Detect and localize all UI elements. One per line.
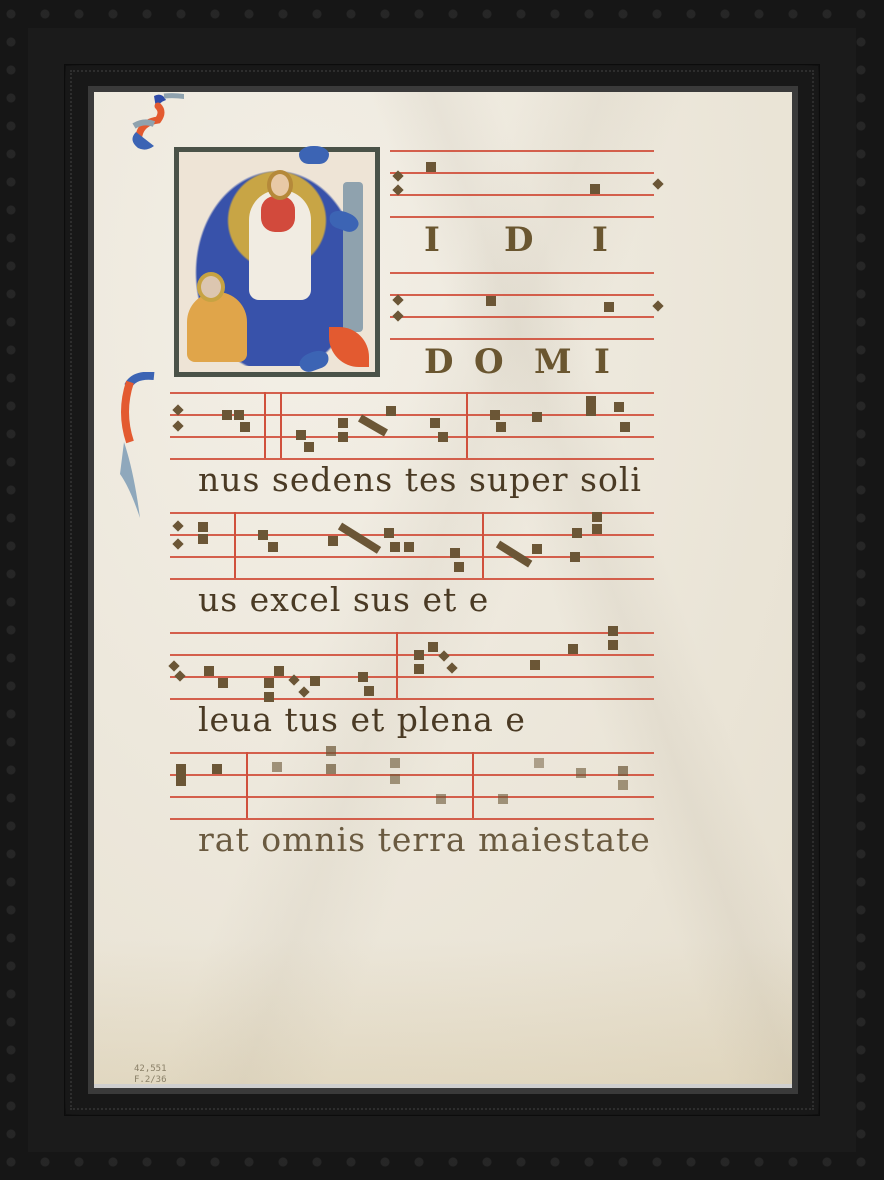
display-capital: I bbox=[592, 220, 608, 260]
manuscript-leaf: I D I D O M I bbox=[94, 92, 792, 1088]
lyric-line-4: rat omnis terra maiestate bbox=[198, 820, 651, 859]
mat-edge bbox=[94, 1084, 792, 1088]
display-capital: M bbox=[534, 342, 572, 382]
historiated-initial bbox=[174, 147, 380, 377]
picture-frame: I D I D O M I bbox=[0, 0, 884, 1180]
display-capital: O bbox=[474, 342, 504, 382]
kneeling-angel bbox=[187, 292, 247, 362]
display-capital: I bbox=[424, 220, 440, 260]
lyric-line-3: leua tus et plena e bbox=[198, 700, 526, 739]
halo-icon bbox=[271, 174, 289, 196]
lyric-line-1: nus sedens tes super soli bbox=[198, 460, 642, 499]
display-capital: D bbox=[504, 220, 533, 260]
lyric-line-2: us excel sus et e bbox=[198, 580, 489, 619]
flourish-left-icon bbox=[116, 372, 156, 522]
display-capital: I bbox=[594, 342, 610, 382]
catalog-number: 42,551 F.2/36 bbox=[134, 1064, 167, 1086]
initial-letter-stroke bbox=[343, 182, 363, 332]
display-capital: D bbox=[424, 342, 453, 382]
